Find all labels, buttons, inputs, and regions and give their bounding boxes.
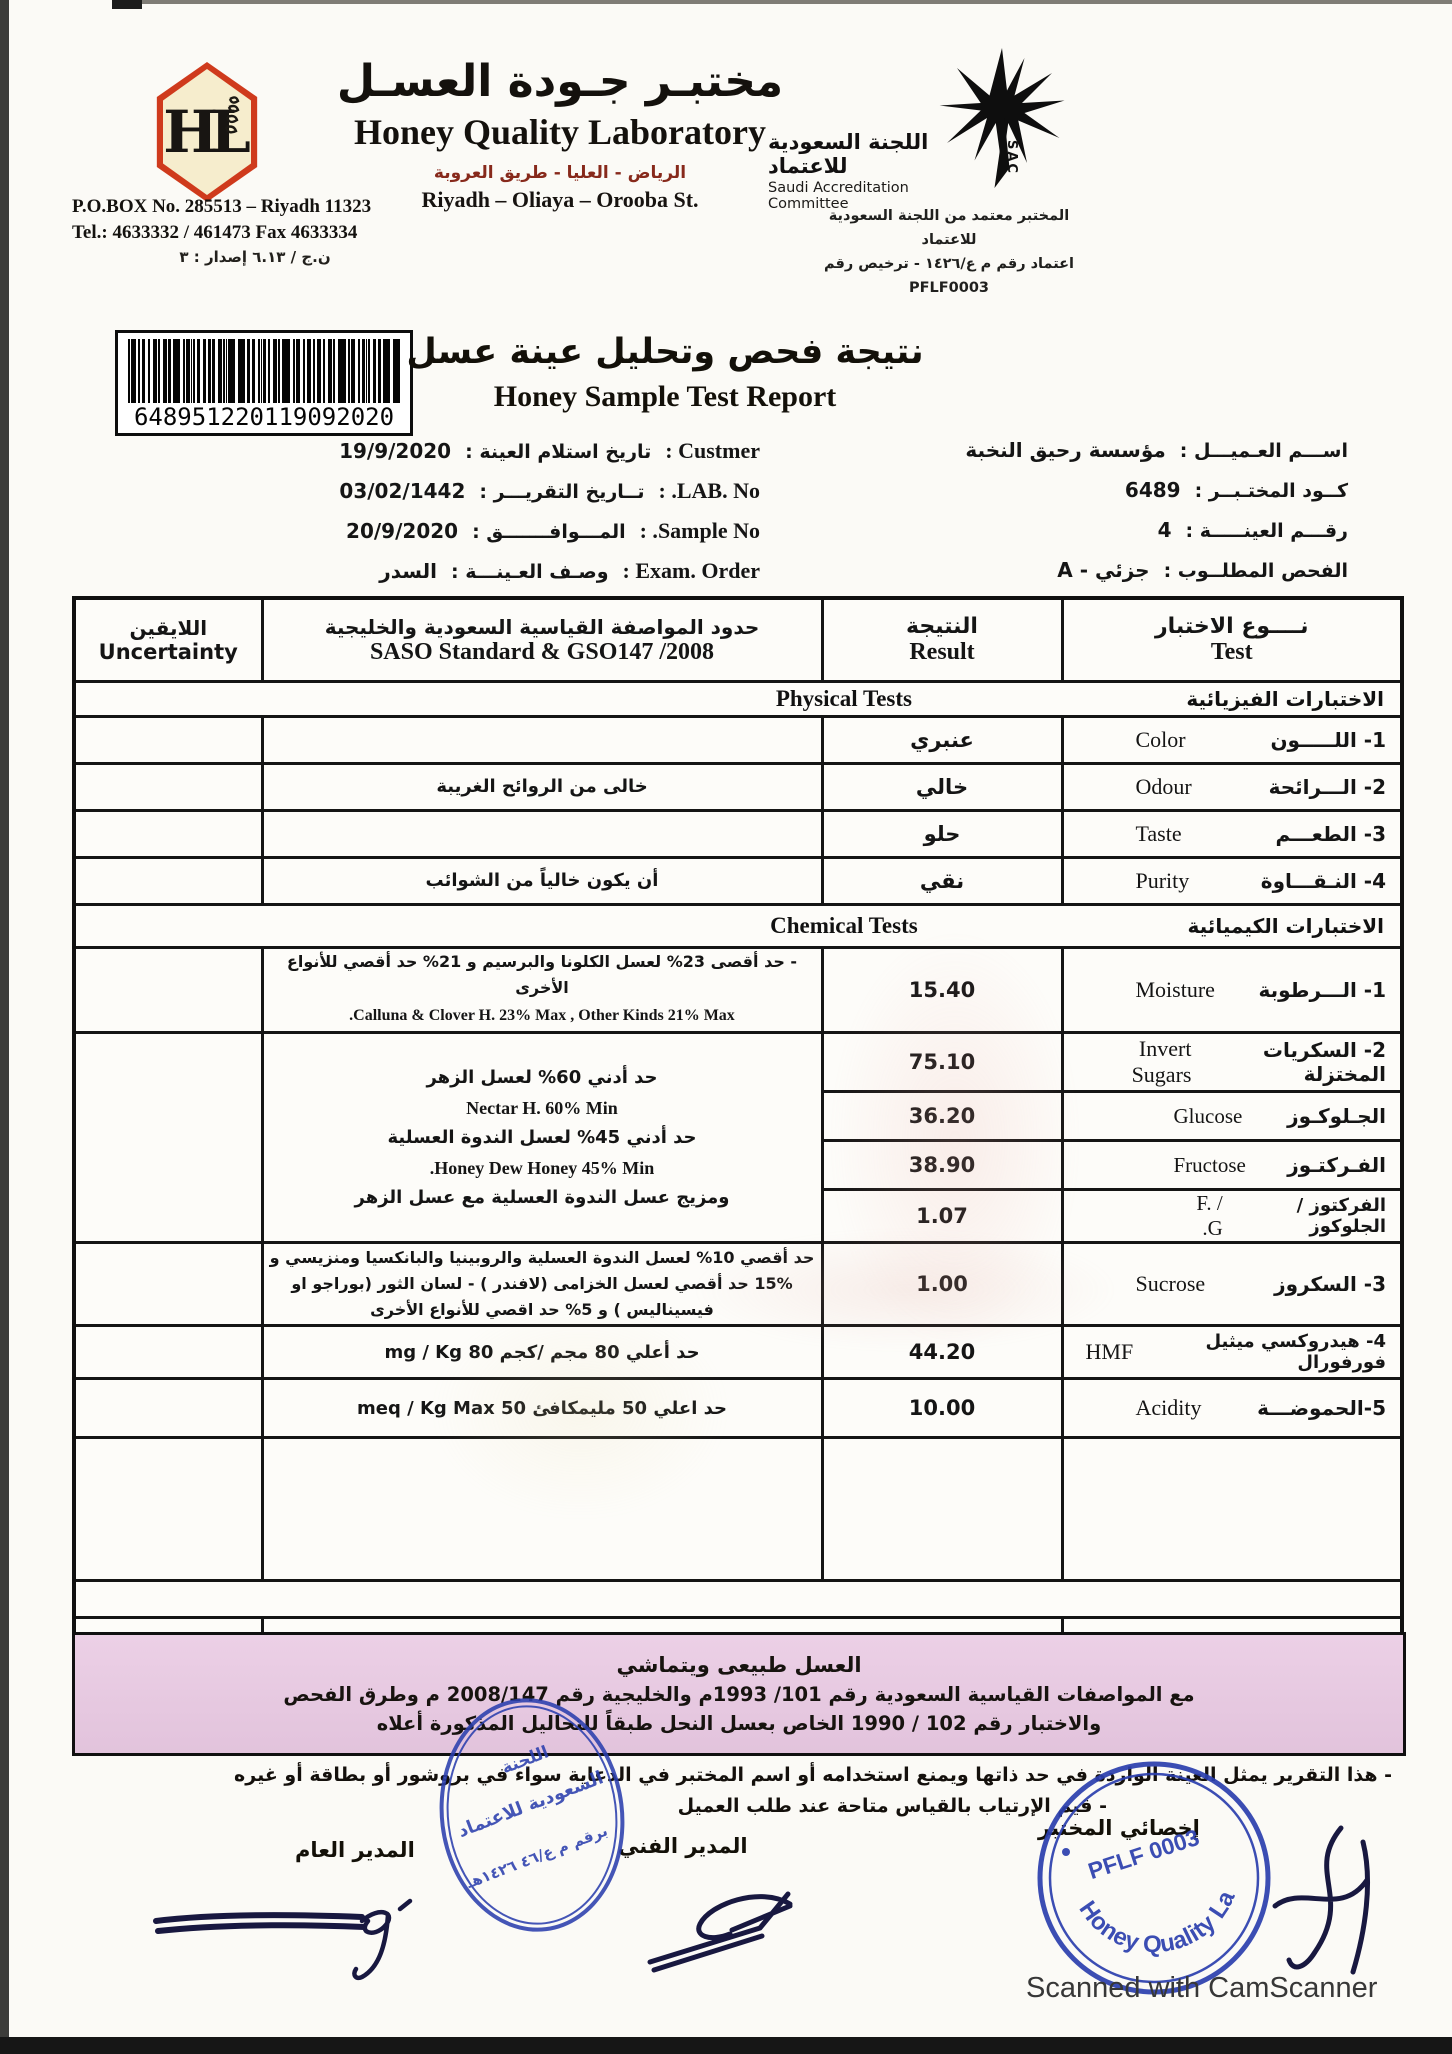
uncertainty-acidity [74,1379,262,1438]
row-acidity: 5-الحموضـــة Acidity 10.00 حد اعلي 50 مل… [74,1379,1402,1438]
header-standard: حدود المواصفة القياسية السعودية والخليجي… [262,598,822,682]
sac-name-arabic: اللجنة السعودية للاعتماد [768,130,980,178]
info-row-sample-number: رقـــم العينـــــة : 4 [1158,518,1348,542]
scan-edge-top [140,0,1452,4]
test-purity-en: Purity [1136,868,1190,894]
row-invert-sugars: 2- السكريات المختزلة Invert Sugars 75.10… [74,1033,1402,1092]
physical-section-en: Physical Tests [776,686,912,712]
row-odour: 2- الـــرائحة Odour خالي خالى من الروائح… [74,764,1402,811]
physical-section-ar: الاختبارات الفيزيائية [1186,687,1384,711]
header-test-en: Test [1064,639,1401,666]
row-hmf: 4- هيدروكسي ميثيل فورفورال HMF 44.20 حد … [74,1326,1402,1379]
test-glucose-en: Glucose [1174,1104,1243,1129]
header-test: نــــوع الاختبار Test [1062,598,1402,682]
gray-divider-band [74,1581,1402,1618]
empty-result-cell [822,1438,1062,1581]
row-moisture: 1- الـــرطوبة Moisture 15.40 - حد أقصى 2… [74,948,1402,1033]
conclusion-box: العسل طبيعى ويتماشي مع المواصفات القياسي… [72,1632,1406,1756]
info-label-examorder-en: Exam. Order : [623,558,760,584]
signature-technical-manager [640,1866,900,1990]
signature-title-general-manager: المدير العام [295,1838,415,1862]
signature-general-manager [150,1885,440,1995]
uncertainty-purity [74,858,262,905]
uncertainty-taste [74,811,262,858]
header-result: النتيجة Result [822,598,1062,682]
test-hmf-en: HMF [1086,1339,1134,1365]
info-row-exam-required: الفحص المطلــوب : جزئي - A [1057,558,1348,582]
test-fructose: الفـركتـوز Fructose [1062,1141,1402,1190]
header-standard-ar: حدود المواصفة القياسية السعودية والخليجي… [264,615,821,639]
info-value-client: مؤسسة رحيق النخبة [965,438,1165,462]
table-header-row: نــــوع الاختبار Test النتيجة Result حدو… [74,598,1402,682]
info-value-exam-required: جزئي - A [1057,558,1149,582]
result-odour: خالي [822,764,1062,811]
result-purity: نقي [822,858,1062,905]
test-glucose: الجـلوكـوز Glucose [1062,1092,1402,1141]
info-label-labno-en: LAB. No. : [659,478,760,504]
sac-oval-stamp: اللجنة السعودية للاعتماد برقم م ع/٤٦ ١٤٢… [426,1688,637,1943]
test-glucose-ar: الجـلوكـوز [1287,1104,1386,1128]
report-title-english: Honey Sample Test Report [360,380,970,414]
lab-tel-fax: Tel.: 4633332 / 461473 Fax 4633334 [72,220,424,246]
test-acidity: 5-الحموضـــة Acidity [1062,1379,1402,1438]
test-taste-en: Taste [1136,821,1182,847]
lab-logo-inner: HL [157,69,257,195]
uncertainty-hmf [74,1326,262,1379]
sac-accreditation-block: المختبر معتمد من اللجنة السعودية للاعتما… [806,204,1092,300]
standard-taste [262,811,822,858]
honey-lab-round-stamp: Honey Quality Lab PFLF 0003 [1032,1756,1276,2000]
sac-letters: SAC [1004,140,1019,175]
test-color: 1- اللـــــون Color [1062,717,1402,764]
standard-invert-l2: Nectar H. 60% Min [264,1093,821,1123]
test-moisture-en: Moisture [1136,977,1215,1003]
header-uncertainty-ar: اللايقين [76,616,261,640]
info-label-description-ar: وصـف العـينـــة : [451,561,609,583]
test-acidity-en: Acidity [1136,1395,1202,1421]
test-fructose-ar: الفـركتـوز [1287,1153,1386,1177]
standard-moisture: - حد أقصى 23% لعسل الكلونا والبرسيم و 21… [262,948,822,1033]
test-invert-en: Invert Sugars [1084,1036,1192,1088]
info-value-corresponding-date: 20/9/2020 [346,519,458,543]
signature-title-technical-manager: المدير الفني [618,1834,748,1858]
test-odour-ar: 2- الـــرائحة [1269,775,1386,799]
chemical-section-band: Chemical Tests الاختبارات الكيميائية [74,905,1402,948]
info-label-customer-en: Custmer : [665,438,760,464]
test-color-en: Color [1136,727,1186,753]
header-standard-en: SASO Standard & GSO147 /2008 [264,639,821,666]
results-table: نــــوع الاختبار Test النتيجة Result حدو… [72,596,1400,1703]
result-color: عنبري [822,717,1062,764]
header-uncertainty-en: Uncertainty [76,640,261,664]
signature-lab-specialist [1245,1822,1395,1990]
info-value-description: السدر [379,559,437,583]
conclusion-line-1: العسل طبيعى ويتماشي [75,1653,1403,1677]
doc-code: ن.ج / ٦.١٣ إصدار : ٣ [150,248,360,266]
camscanner-credit: Scanned with CamScanner [1026,1972,1377,2005]
header-result-en: Result [824,639,1061,666]
standard-invert-l1: حد أدني 60% لعسل الزهر [264,1063,821,1093]
test-hmf-ar: 4- هيدروكسي ميثيل فورفورال [1133,1331,1386,1373]
test-moisture-ar: 1- الـــرطوبة [1258,978,1386,1002]
standard-invert-l4: Honey Dew Honey 45% Min. [264,1153,821,1183]
test-fg-ar: الفركتوز / الجلوكوز [1223,1195,1386,1237]
info-row-corresponding-date: Sample No. : المـــوافـــــــق : 20/9/20… [346,518,760,544]
lab-title-arabic: مختبـر جـودة العسـل [250,56,870,107]
standard-odour: خالى من الروائح الغريبة [264,772,821,802]
test-sucrose-ar: 3- السكروز [1274,1272,1386,1296]
chemical-section-ar: الاختبارات الكيميائية [1188,914,1384,938]
info-row-client-name: اســـم العـميـــل : مؤسسة رحيق النخبة [965,438,1348,462]
header-result-ar: النتيجة [824,614,1061,639]
standard-color [262,717,822,764]
test-invert-sugars: 2- السكريات المختزلة Invert Sugars [1062,1033,1402,1092]
scan-corner-mark [112,0,142,9]
test-hmf: 4- هيدروكسي ميثيل فورفورال HMF [1062,1326,1402,1379]
test-fg-en: F. / G. [1174,1191,1223,1241]
uncertainty-moisture [74,948,262,1033]
honey-test-report-scan: HL P.O.BOX No. 285513 – Riyadh 11323 Tel… [0,0,1452,2054]
row-taste: 3- الطعـــم Taste حلو [74,811,1402,858]
uncertainty-odour [74,764,262,811]
bee-icon [217,95,243,139]
ink-bleed-mark [430,1300,730,1520]
chemical-section-row: Chemical Tests الاختبارات الكيميائية [74,905,1402,948]
standard-invert-l5: ومزيج عسل الندوة العسلية مع عسل الزهر [264,1183,821,1213]
info-label-sampleno-en: Sample No. : [640,518,760,544]
result-taste: حلو [822,811,1062,858]
test-odour: 2- الـــرائحة Odour [1062,764,1402,811]
info-row-received-date: Custmer : تاريخ استلام العينة : 19/9/202… [339,438,760,464]
info-label-labcode-ar: كــود المختـبــر : [1195,480,1348,502]
test-color-ar: 1- اللـــــون [1270,728,1386,752]
conclusion-line-3: والاختبار رقم 102 / 1990 الخاص بعسل النح… [75,1712,1403,1735]
standard-invert-l3: حد أدني 45% لعسل الندوة العسلية [264,1123,821,1153]
header-uncertainty: اللايقين Uncertainty [74,598,262,682]
test-odour-en: Odour [1136,774,1192,800]
standard-invert-sugars: حد أدني 60% لعسل الزهر Nectar H. 60% Min… [262,1033,822,1243]
info-label-received-ar: تاريخ استلام العينة : [465,441,651,463]
row-empty-1 [74,1438,1402,1581]
test-fg-ratio: الفركتوز / الجلوكوز F. / G. [1062,1190,1402,1243]
row-gray-band [74,1581,1402,1618]
test-purity-ar: 4- النـقـــاوة [1261,869,1386,893]
test-fructose-en: Fructose [1174,1153,1246,1178]
header-test-ar: نــــوع الاختبار [1064,614,1401,639]
scan-bottom-bar [0,2037,1452,2054]
test-taste-ar: 3- الطعـــم [1275,822,1386,846]
standard-moisture-en: Calluna & Clover H. 23% Max , Other Kind… [264,1001,821,1031]
info-row-sample-description: Exam. Order : وصـف العـينـــة : السدر [379,558,760,584]
info-label-corresponding-ar: المـــوافـــــــق : [472,521,626,543]
test-taste: 3- الطعـــم Taste [1062,811,1402,858]
test-purity: 4- النـقـــاوة Purity [1062,858,1402,905]
uncertainty-invert-sugars [74,1033,262,1243]
test-invert-ar: 2- السكريات المختزلة [1191,1038,1386,1086]
report-title-block: نتيجة فحص وتحليل عينة عسل Honey Sample T… [360,332,970,414]
physical-section-band: Physical Tests الاختبارات الفيزيائية [74,682,1402,717]
standard-purity: أن يكون خالياً من الشوائب [264,866,821,896]
sac-accredited-line: المختبر معتمد من اللجنة السعودية للاعتما… [806,204,1092,252]
test-moisture: 1- الـــرطوبة Moisture [1062,948,1402,1033]
test-acidity-ar: 5-الحموضـــة [1257,1396,1386,1420]
sac-license-line: اعتماد رقم م ع/١٤٢٦ - ترخيص رقم PFLF0003 [806,252,1092,300]
info-label-sample-number-ar: رقـــم العينـــــة : [1186,520,1348,542]
physical-section-row: Physical Tests الاختبارات الفيزيائية [74,682,1402,717]
info-value-sample-number: 4 [1158,518,1172,542]
standard-moisture-ar: - حد أقصى 23% لعسل الكلونا والبرسيم و 21… [264,949,821,1001]
result-acidity: 10.00 [822,1379,1062,1438]
sac-name-block: اللجنة السعودية للاعتماد Saudi Accredita… [768,130,980,212]
info-label-report-date-ar: تــاريخ التقريـــر : [479,481,644,503]
row-color: 1- اللـــــون Color عنبري [74,717,1402,764]
info-label-exam-required-ar: الفحص المطلــوب : [1164,560,1348,582]
info-label-client-ar: اســـم العـميـــل : [1180,440,1348,462]
ink-bleed-mark [690,1230,1120,1350]
uncertainty-color [74,717,262,764]
info-value-report-date: 03/02/1442 [339,479,465,503]
scan-edge-left [0,0,9,2054]
lab-logo-hexagon: HL [150,62,264,202]
info-row-lab-code: كــود المختـبــر : 6489 [1125,478,1348,502]
conclusion-line-2: مع المواصفات القياسية السعودية رقم 101/ … [75,1683,1403,1706]
empty-uncertainty-cell [74,1438,262,1581]
report-title-arabic: نتيجة فحص وتحليل عينة عسل [360,332,970,372]
row-purity: 4- النـقـــاوة Purity نقي أن يكون خالياً… [74,858,1402,905]
uncertainty-sucrose [74,1243,262,1326]
info-value-labcode: 6489 [1125,478,1181,502]
info-value-received-date: 19/9/2020 [339,439,451,463]
chemical-section-en: Chemical Tests [770,913,918,939]
test-sucrose-en: Sucrose [1136,1271,1206,1297]
empty-test-cell [1062,1438,1402,1581]
round-stamp-code: PFLF 0003 [1085,1824,1202,1884]
round-stamp-dot [1062,1848,1070,1856]
info-row-report-date: LAB. No. : تــاريخ التقريـــر : 03/02/14… [339,478,760,504]
